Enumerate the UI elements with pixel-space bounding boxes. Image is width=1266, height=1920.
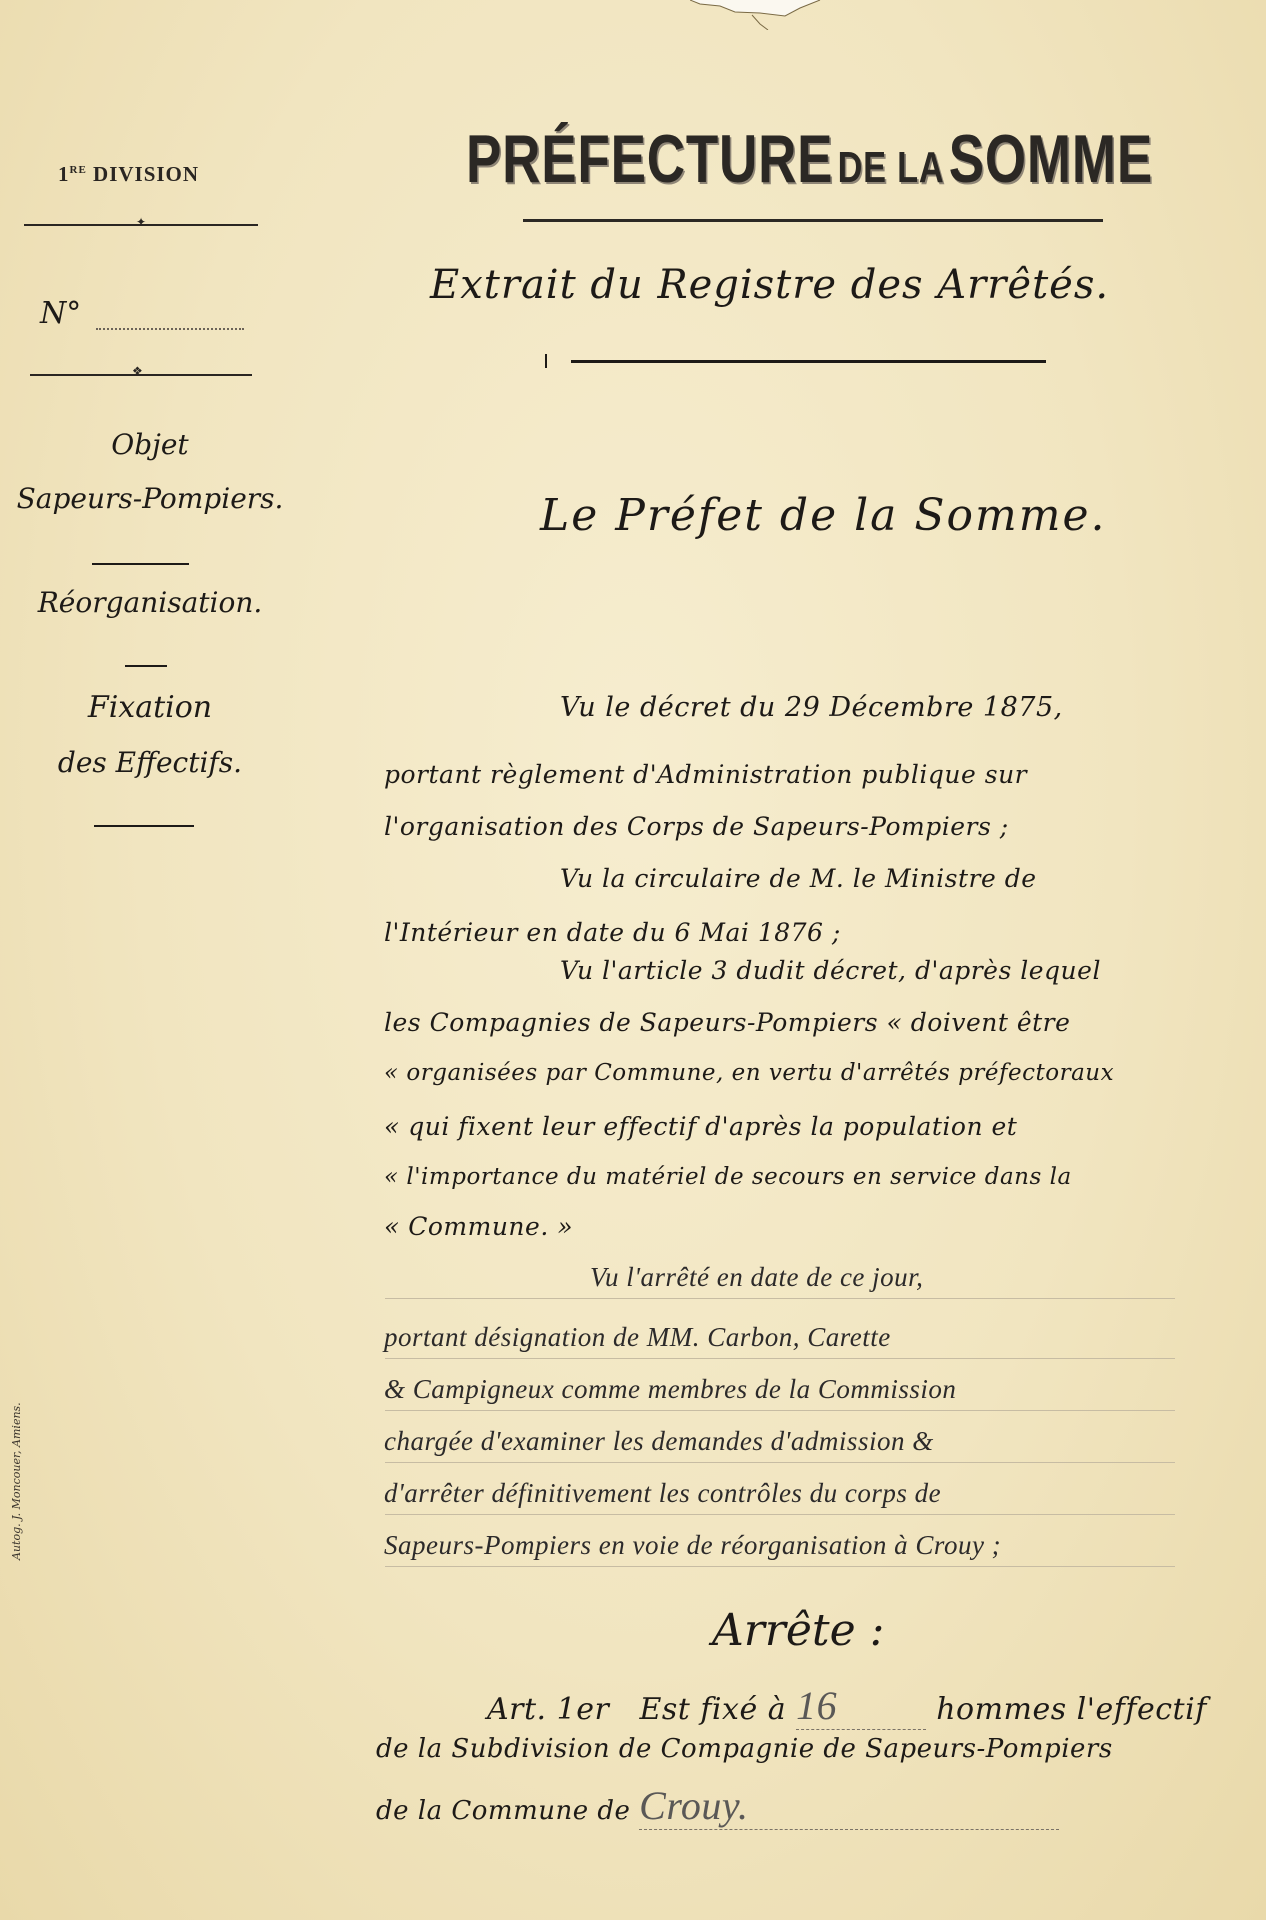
consideration-line: portant règlement d'Administration publi… [384,760,1027,789]
decision-heading: Arrête : [712,1605,884,1656]
article-text-after: hommes l'effectif [936,1692,1207,1727]
ruled-line [385,1358,1175,1359]
divider [125,665,167,667]
consideration-line: l'Intérieur en date du 6 Mai 1876 ; [384,918,841,947]
ruled-line [385,1410,1175,1411]
page-title: PRÉFECTURE DE LA SOMME [466,120,1153,198]
printer-credit: Autog. J. Moncouer, Amiens. [10,1402,23,1560]
paper-tear [690,0,860,30]
consideration-line: « Commune. » [384,1212,573,1241]
title-rule [523,219,1103,222]
objet-item-effectifs: des Effectifs. [0,746,300,779]
objet-item-fixation: Fixation [0,690,300,725]
handwritten-line: Sapeurs-Pompiers en voie de réorganisati… [384,1530,1001,1561]
objet-item-reorganisation: Réorganisation. [0,586,300,619]
handwritten-line: chargée d'examiner les demandes d'admiss… [384,1426,934,1457]
consideration-line: Vu l'article 3 dudit décret, d'après leq… [560,956,1101,985]
divider [92,563,189,565]
division-label: 1RE DIVISION [58,162,199,187]
numero-field [96,328,244,330]
article-label: Art. 1er [487,1692,609,1727]
commune-prefix: de la Commune de [376,1796,630,1826]
article-1-line3: de la Commune de Crouy. [376,1782,1059,1830]
article-1-line: Art. 1er Est fixé à 16 hommes l'effectif [487,1682,1207,1730]
subtitle: Extrait du Registre des Arrêtés. [430,262,1109,308]
divider [94,825,194,827]
handwritten-line: Vu l'arrêté en date de ce jour, [590,1262,923,1293]
article-1-line2: de la Subdivision de Compagnie de Sapeur… [376,1734,1113,1764]
consideration-line: « qui fixent leur effectif d'après la po… [384,1112,1017,1141]
commune-field: Crouy. [639,1782,1059,1830]
consideration-line: Vu le décret du 29 Décembre 1875, [560,692,1063,723]
consideration-line: « organisées par Commune, en vertu d'arr… [384,1060,1114,1086]
consideration-line: Vu la circulaire de M. le Ministre de [560,864,1037,893]
objet-subject: Sapeurs-Pompiers. [0,482,300,515]
consideration-line: « l'importance du matériel de secours en… [384,1164,1072,1190]
ornament-flourish-icon: ✦ [136,215,146,229]
issuer-heading: Le Préfet de la Somme. [540,490,1107,541]
handwritten-line: d'arrêter définitivement les contrôles d… [384,1478,941,1509]
tick-mark [545,354,547,368]
ruled-line [385,1298,1175,1299]
ornament-flourish-icon: ❖ [132,364,143,378]
ruled-line [385,1514,1175,1515]
consideration-line: les Compagnies de Sapeurs-Pompiers « doi… [384,1008,1070,1037]
ruled-line [385,1462,1175,1463]
consideration-line: l'organisation des Corps de Sapeurs-Pomp… [384,812,1009,841]
numero-label: N° [40,296,81,331]
handwritten-line: portant désignation de MM. Carbon, Caret… [384,1322,891,1353]
ruled-line [385,1566,1175,1567]
men-count-field: 16 [796,1682,926,1730]
article-text-before: Est fixé à [639,1692,786,1727]
subtitle-rule [571,360,1046,363]
handwritten-line: & Campigneux comme membres de la Commiss… [384,1374,956,1405]
objet-label: Objet [0,428,300,461]
